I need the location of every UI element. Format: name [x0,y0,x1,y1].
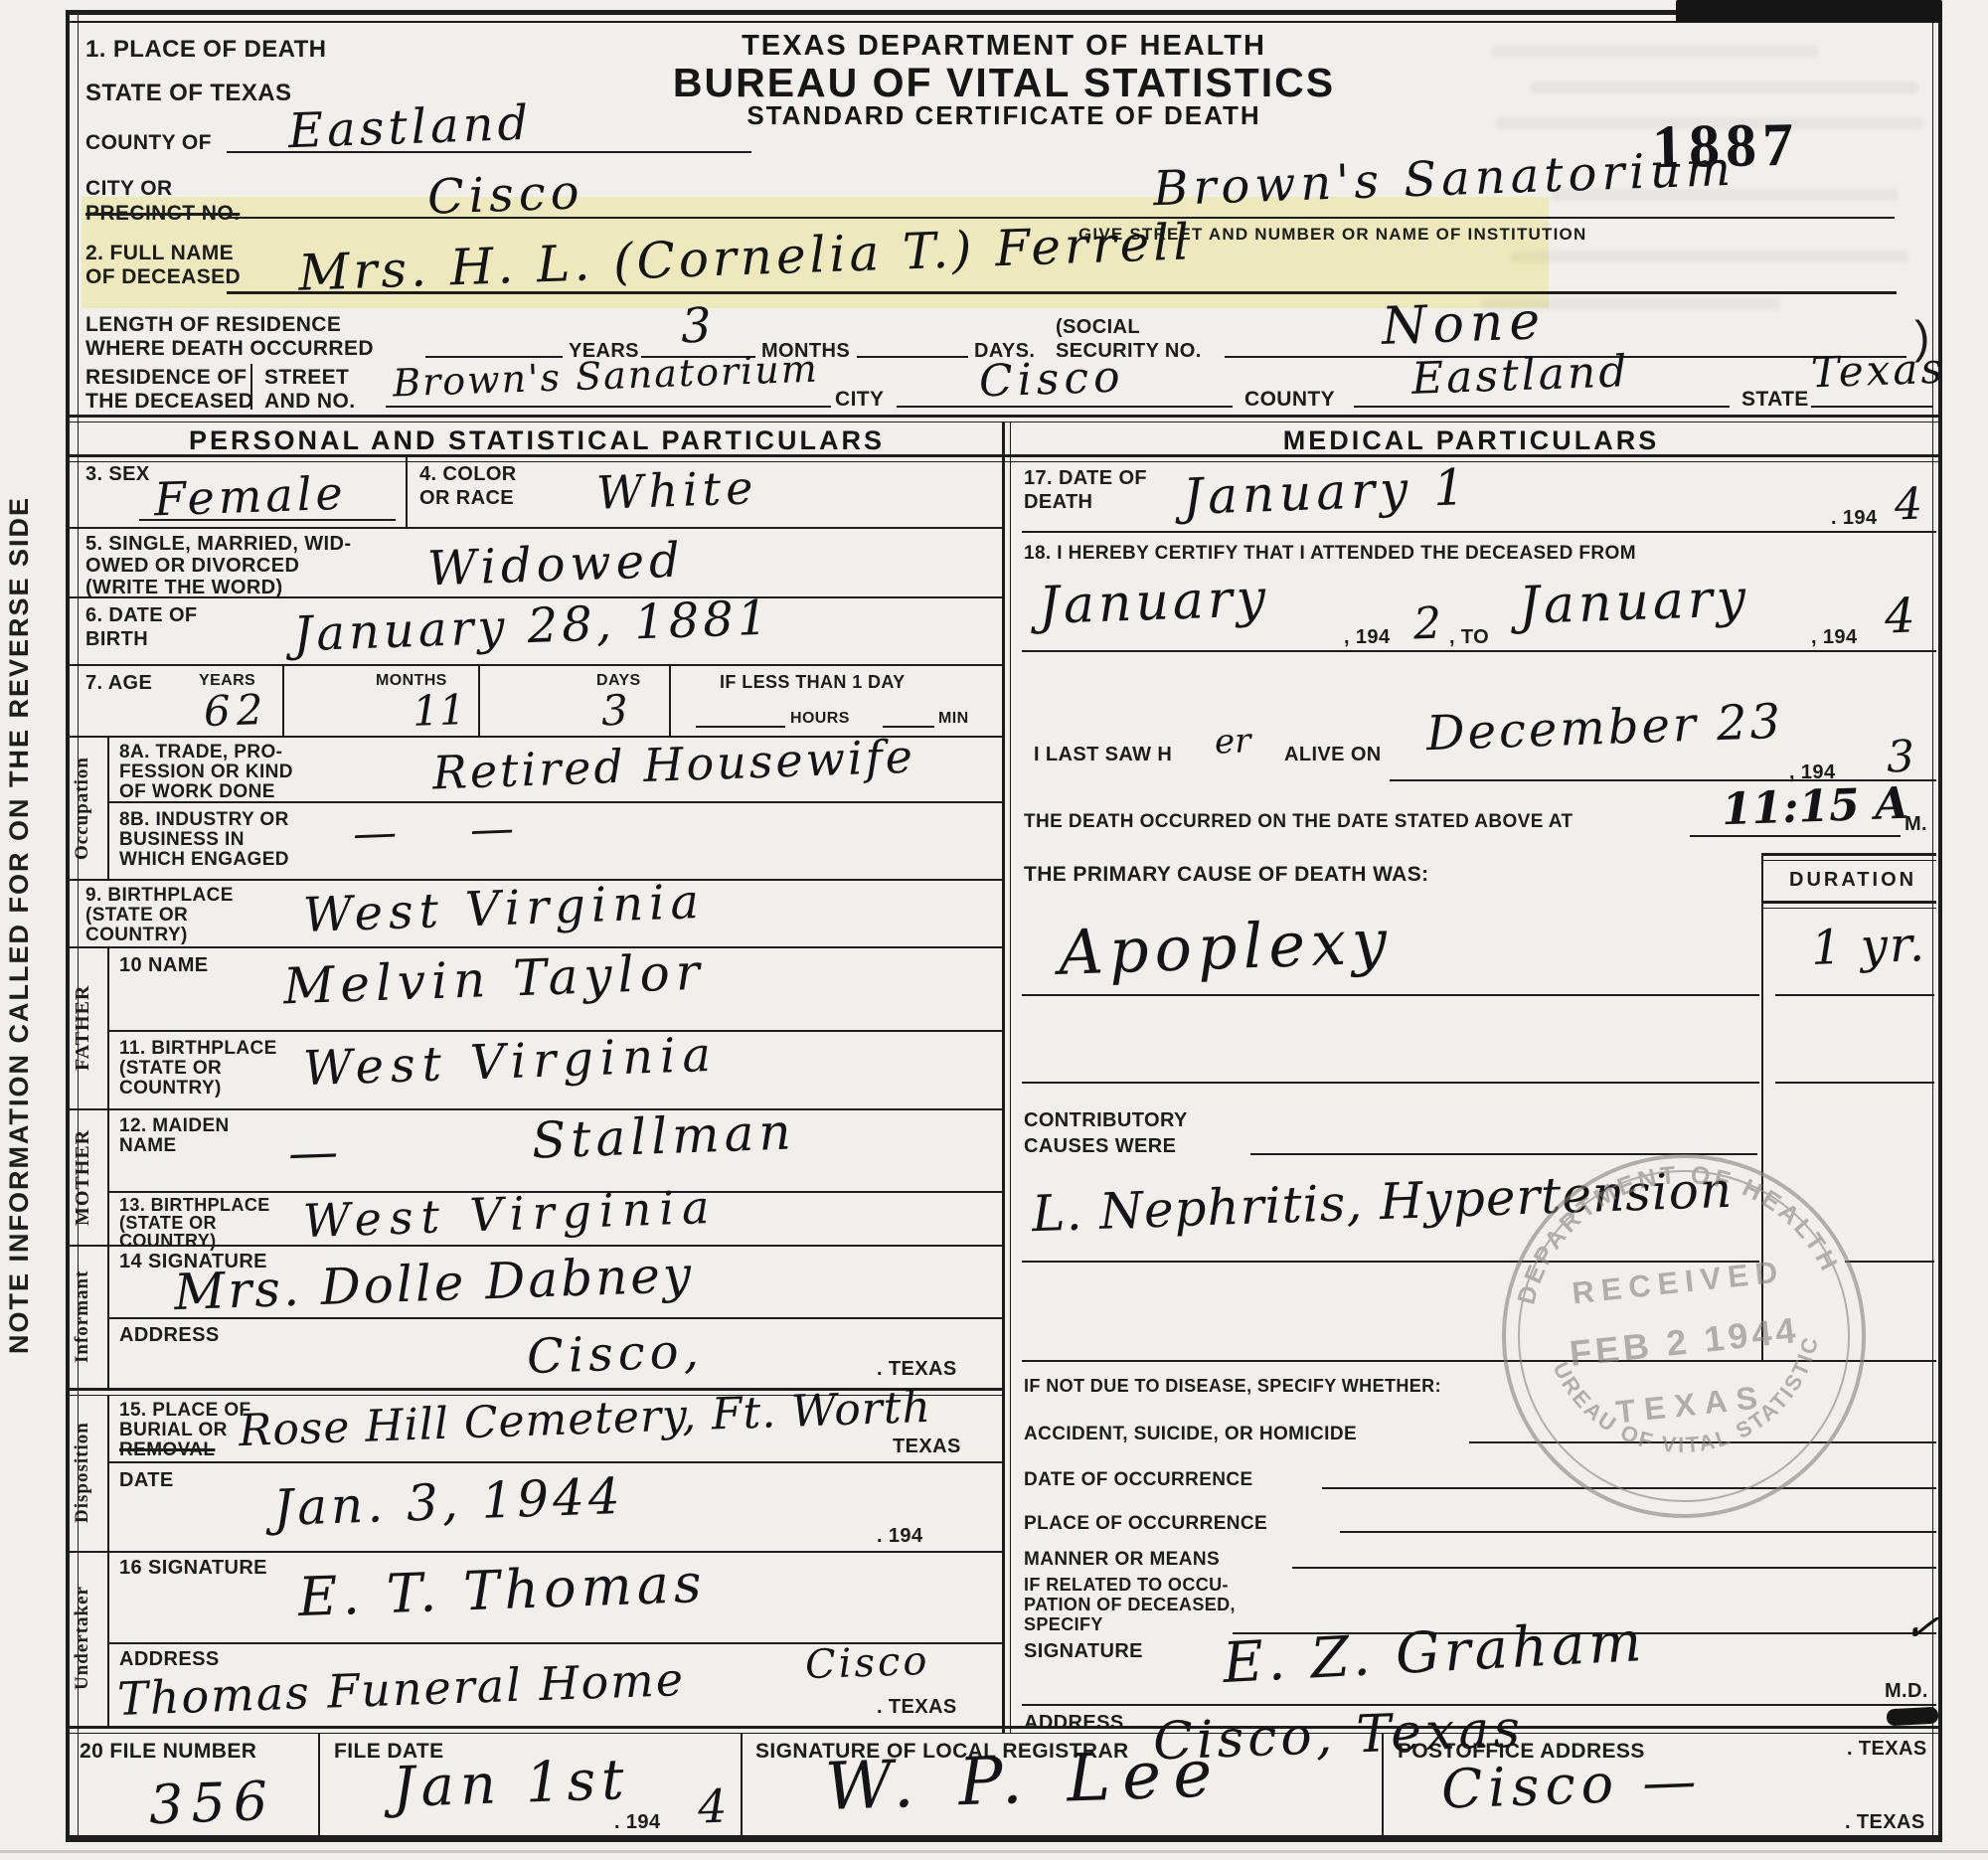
last-saw-year-hw: 3 [1886,732,1915,783]
group-strip-line [107,1108,109,1245]
stamp-date: FEB 2 1944 [1568,1309,1801,1374]
residence-city-label: CITY [835,388,884,412]
primary-cause-label: THE PRIMARY CAUSE OF DEATH WAS: [1024,863,1429,887]
cause-line [1022,1082,1759,1084]
father-birthplace-label-3: COUNTRY) [119,1078,222,1099]
age-if-less-label: IF LESS THAN 1 DAY [720,672,906,693]
undertaker-side-label: Undertaker [72,1555,103,1722]
mother-birthplace-label-3: COUNTRY) [119,1231,217,1252]
burial-value: Rose Hill Cemetery, Ft. Worth [238,1382,931,1456]
file-number-label: 20 FILE NUMBER [80,1740,256,1764]
related-label-1: IF RELATED TO OCCU- [1024,1575,1229,1596]
related-label-2: PATION OF DECEASED, [1024,1595,1236,1615]
death-date-year-printed: . 194 [1831,507,1877,530]
duration-box-top2 [1761,860,1936,861]
related-label-3: SPECIFY [1024,1614,1103,1635]
color-label-2: OR RACE [419,487,514,510]
birth-date-label-1: 6. DATE OF [85,604,198,627]
age-divider [282,664,284,736]
certify-to-label: , TO [1449,626,1489,649]
header-line2: BUREAU OF VITAL STATISTICS [557,60,1451,106]
min-blank-line [883,726,934,728]
physician-address-label: ADDRESS [1024,1712,1124,1735]
postoffice-value: Cisco — [1440,1749,1703,1820]
color-value: White [595,460,758,520]
residence-county-value: Eastland [1410,346,1630,405]
industry-label-2: BUSINESS IN [119,829,245,851]
street-line [386,406,831,408]
burial-label-2: BURIAL OR [119,1420,228,1441]
trade-label-2: FESSION OR KIND [119,761,293,783]
street-label-2: AND NO. [264,390,355,414]
residence-county-line [1354,406,1730,408]
birthplace-label-2: (STATE OR [85,905,188,927]
certify-label: 18. I HEREBY CERTIFY THAT I ATTENDED THE… [1024,543,1636,565]
duration-underlabel-line [1761,901,1936,904]
row-line [66,664,1002,666]
age-divider [669,664,671,736]
informant-address-suffix: . TEXAS [877,1358,957,1381]
county-of-label: COUNTY OF [85,131,212,155]
footer-top-line2 [66,1733,1940,1734]
marital-label-1: 5. SINGLE, MARRIED, WID- [85,533,351,556]
row-line [66,527,1002,529]
residence-state-value: Texas [1810,344,1946,398]
father-birthplace-value: West Virginia [302,1027,719,1098]
manner-label: MANNER OR MEANS [1024,1549,1220,1571]
death-date-year-hw: 4 [1894,479,1923,531]
hours-blank-line [696,726,785,728]
file-date-printed: . 194 [614,1811,660,1834]
scan-artifact-bar [1676,0,1942,22]
border-right-inner [1932,10,1933,1835]
street-label-1: STREET [264,366,349,390]
date-occurrence-label: DATE OF OCCURRENCE [1024,1469,1253,1491]
county-value: Eastland [287,95,533,160]
full-name-label-2: OF DECEASED [85,265,241,289]
maiden-name-value: Stallman [531,1102,796,1169]
margin-note: NOTE INFORMATION CALLED FOR ON THE REVER… [4,298,50,1551]
birthplace-label-3: COUNTRY) [85,925,188,946]
days-blank-line [857,356,968,358]
informant-side-label: Informant [72,1249,103,1384]
city-or-label: CITY OR [85,177,173,201]
undertaker-address-label: ADDRESS [119,1648,220,1671]
group-strip-line [107,946,109,1108]
group-strip-line [107,1245,109,1388]
residence-state-label: STATE [1741,388,1809,412]
certify-from-value: January [1038,569,1270,636]
duration-line [1775,1082,1934,1084]
undertaker-address-suffix: . TEXAS [877,1696,957,1719]
full-name-label-1: 2. FULL NAME [85,242,234,265]
birthplace-value: West Virginia [302,874,706,943]
death-date-value: January 1 [1182,458,1471,526]
bleed-through-mark [1511,251,1908,262]
contributory-label-1: CONTRIBUTORY [1024,1109,1188,1132]
city-value: Cisco [426,164,584,225]
physician-signature-value: E. Z. Graham [1222,1609,1647,1696]
residence-label-2: THE DECEASED [85,390,253,414]
duration-box-top [1761,853,1936,856]
certify-from-year-printed: , 194 [1344,626,1390,649]
burial-suffix: TEXAS [893,1436,961,1458]
footer-divider [318,1733,320,1835]
informant-address-label: ADDRESS [119,1324,220,1347]
last-saw-label-prefix: I LAST SAW H [1034,744,1172,766]
marital-label-3: (WRITE THE WORD) [85,577,283,599]
maiden-name-dash: — [287,1122,339,1182]
ssn-value: None [1381,291,1547,357]
length-residence-label-2: WHERE DEATH OCCURRED [85,337,374,361]
header-line1: TEXAS DEPARTMENT OF HEALTH [557,30,1451,63]
footer-top-line [66,1726,1940,1729]
father-birthplace-label-1: 11. BIRTHPLACE [119,1038,277,1060]
age-min-label: MIN [938,710,969,728]
age-years-value: 62 [203,685,269,736]
column-divider [1002,422,1005,1733]
duration-label: DURATION [1789,869,1916,892]
birthplace-label-1: 9. BIRTHPLACE [85,885,234,907]
certify-to-value: January [1518,569,1750,636]
maiden-name-label-1: 12. MAIDEN [119,1115,230,1137]
institution-value: Brown's Sanatorium [1152,141,1737,217]
trade-value: Retired Housewife [431,730,916,800]
father-side-label: FATHER [72,950,103,1105]
disposition-side-label: Disposition [72,1399,103,1546]
border-left [66,10,70,1839]
death-certificate-scan: NOTE INFORMATION CALLED FOR ON THE REVER… [0,0,1988,1860]
stamp-received: RECEIVED [1571,1254,1786,1310]
maiden-name-label-2: NAME [119,1135,177,1157]
marital-label-2: OWED OR DIVORCED [85,555,299,578]
personal-section-header: PERSONAL AND STATISTICAL PARTICULARS [70,425,1004,456]
received-stamp: DEPARTMENT OF HEALTH RECEIVED FEB 2 1944… [1470,1122,1899,1551]
burial-label-1: 15. PLACE OF [119,1400,251,1422]
physician-address-suffix: . TEXAS [1847,1738,1927,1761]
primary-cause-value: Apoplexy [1058,905,1394,989]
last-saw-label-suffix: ALIVE ON [1284,744,1382,766]
father-birthplace-label-2: (STATE OR [119,1058,222,1080]
bleed-through-mark [1531,82,1918,93]
ssn-label-1: (SOCIAL [1056,316,1140,339]
burial-label-3-removal: REMOVAL [119,1439,215,1461]
trade-label-3: OF WORK DONE [119,781,275,803]
row-line [66,1108,1002,1110]
duration-value: 1 yr. [1810,917,1927,976]
row-line [1022,650,1936,652]
column-divider-inner [1010,422,1011,1733]
age-label: 7. AGE [85,672,152,695]
medical-section-header: MEDICAL PARTICULARS [1004,425,1938,456]
age-months-value: 11 [412,685,466,736]
postoffice-suffix: . TEXAS [1845,1811,1925,1834]
informant-address-value: Cisco, [526,1323,705,1385]
death-time-line [1690,835,1901,837]
file-date-value: Jan 1st [392,1748,631,1820]
burial-date-printed: . 194 [877,1525,922,1548]
certify-from-year-hw: 2 [1412,598,1442,650]
physician-check-mark: ✓ [1902,1601,1943,1653]
row-line [66,1551,1002,1553]
state-of-texas-label: STATE OF TEXAS [85,80,291,107]
border-bottom [66,1835,1942,1842]
footer-divider [741,1733,743,1835]
industry-value: — — [352,802,545,860]
last-saw-value: December 23 [1425,694,1784,761]
place-occurrence-label: PLACE OF OCCURRENCE [1024,1513,1267,1535]
place-of-death-label: 1. PLACE OF DEATH [85,36,326,64]
md-label: M.D. [1885,1680,1928,1703]
industry-label-3: WHICH ENGAGED [119,849,289,871]
months-value: 3 [680,297,712,354]
precinct-no-label: PRECINCT NO. [85,202,240,226]
mother-side-label: MOTHER [72,1111,103,1243]
industry-label-1: 8B. INDUSTRY OR [119,809,289,831]
physician-signature-label: SIGNATURE [1024,1640,1143,1663]
registrar-signature-value: W. P. Lee [824,1735,1226,1825]
residence-county-label: COUNTY [1244,388,1335,412]
undertaker-signature-value: E. T. Thomas [297,1552,708,1628]
bleed-through-mark [1491,46,1819,58]
manner-line [1292,1567,1936,1569]
death-date-label-1: 17. DATE OF [1024,467,1147,490]
death-date-label-2: DEATH [1024,491,1092,514]
row-line [1022,531,1936,533]
certify-to-year-hw: 4 [1884,588,1915,644]
trade-label-1: 8A. TRADE, PRO- [119,742,282,763]
residence-label-1: RESIDENCE OF [85,366,247,390]
death-time-value: 11:15 A [1721,778,1909,836]
group-strip-line [107,736,109,879]
father-name-value: Melvin Taylor [282,943,706,1016]
contributory-label-2: CAUSES WERE [1024,1135,1176,1158]
cause-line [1022,994,1759,996]
last-saw-er-hw: er [1214,721,1251,761]
father-name-label: 10 NAME [119,954,209,977]
death-time-label: THE DEATH OCCURRED ON THE DATE STATED AB… [1024,811,1574,833]
group-strip-line [107,1395,109,1551]
file-number-value: 356 [148,1770,276,1836]
sex-label: 3. SEX [85,463,150,486]
border-top-inner [66,21,1942,23]
border-top [66,10,1942,15]
accident-label: ACCIDENT, SUICIDE, OR HOMICIDE [1024,1424,1357,1445]
burial-date-value: Jan. 3, 1944 [272,1467,624,1537]
duration-underlabel-line2 [1761,908,1936,909]
age-divider [478,664,480,736]
sex-value: Female [153,466,347,527]
length-residence-label-1: LENGTH OF RESIDENCE [85,313,341,337]
header-line3: STANDARD CERTIFICATE OF DEATH [557,100,1451,131]
if-not-due-label: IF NOT DUE TO DISEASE, SPECIFY WHETHER: [1024,1376,1441,1397]
age-days-value: 3 [600,686,628,736]
birth-date-value: January 28, 1881 [292,591,772,663]
residence-state-line [1811,406,1932,408]
sex-color-divider [406,457,408,527]
group-strip-line [107,1551,109,1726]
color-label-1: 4. COLOR [419,463,517,486]
border-right [1938,10,1942,1839]
band-top-line [66,415,1940,418]
burial-date-label: DATE [119,1469,174,1492]
undertaker-signature-label: 16 SIGNATURE [119,1557,267,1580]
row-line [107,1461,1002,1463]
duration-line [1775,994,1934,996]
residence-city-line [897,406,1233,408]
undertaker-address-city: Cisco [804,1638,930,1688]
birth-date-label-2: BIRTH [85,628,148,651]
marital-value: Widowed [426,533,685,597]
residence-city-value: Cisco [978,351,1125,407]
file-date-hw: 4 [697,1779,728,1834]
certify-to-year-printed: , 194 [1811,626,1857,649]
occupation-side-label: Occupation [72,740,103,877]
age-hours-label: HOURS [790,710,850,728]
page-edge [0,1850,1988,1853]
redacted-text [1887,1707,1939,1727]
